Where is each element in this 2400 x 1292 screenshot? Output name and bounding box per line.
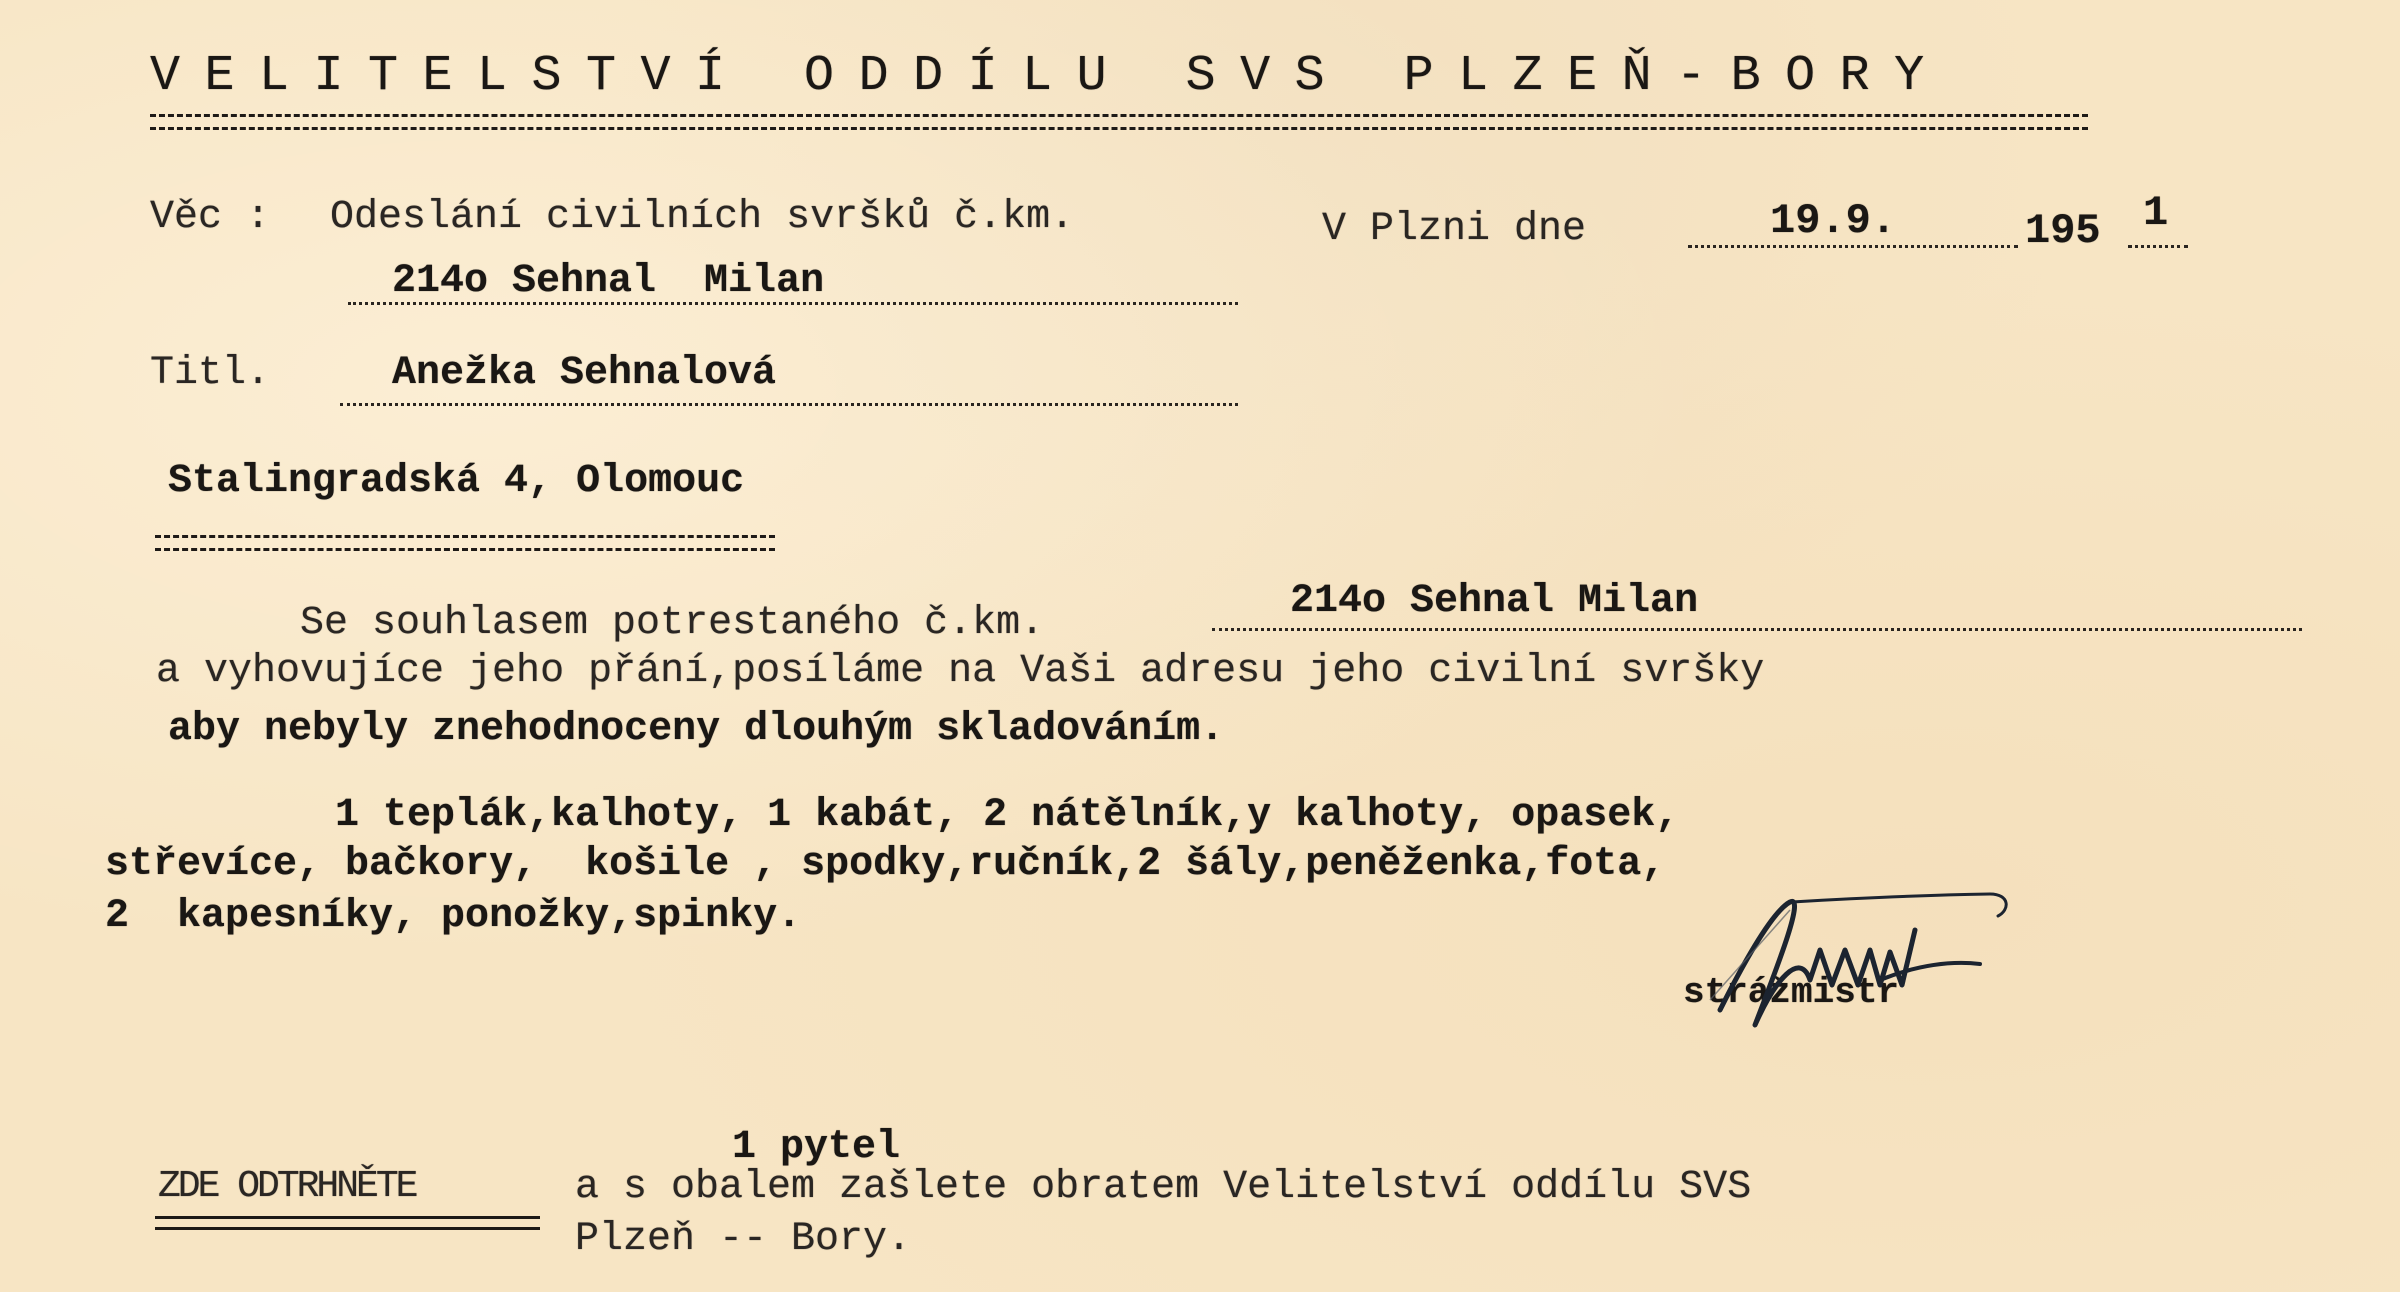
footer-line1: a s obalem zašlete obratem Velitelství o…	[575, 1168, 1751, 1208]
body-line2: a vyhovujíce jeho přání,posíláme na Vaši…	[156, 652, 1764, 692]
date-year: 195	[2025, 210, 2101, 252]
tear-here-label: ZDE ODTRHNĚTE	[158, 1168, 415, 1206]
body-line1-prisoner: 214o Sehnal Milan	[1290, 582, 1698, 622]
footer-line2: Plzeň -- Bory.	[575, 1220, 911, 1260]
date-year-suffix: 1	[2143, 192, 2168, 234]
recipient-label: Titl.	[150, 354, 270, 394]
subject-label: Věc :	[150, 198, 270, 238]
subject-dotted-line	[348, 302, 1238, 305]
items-line1: 1 teplák,kalhoty, 1 kabát, 2 nátělník,y …	[335, 796, 1679, 836]
recipient-address: Stalingradská 4, Olomouc	[168, 462, 744, 502]
footer-bag-note: 1 pytel	[732, 1128, 900, 1168]
date-day-month: 19.9.	[1770, 200, 1896, 242]
body-line1-prefix: Se souhlasem potrestaného č.km.	[300, 604, 1044, 644]
address-double-underline	[155, 535, 775, 551]
tear-here-double-underline	[155, 1216, 540, 1230]
date-dotted-line-1	[1688, 245, 2018, 248]
paper-background	[0, 0, 2400, 1292]
letterhead-double-underline	[150, 114, 2088, 130]
recipient-name: Anežka Sehnalová	[392, 354, 776, 394]
date-dotted-line-2	[2128, 245, 2188, 248]
body-line3: aby nebyly znehodnoceny dlouhým skladová…	[168, 710, 1224, 750]
letterhead-title: VELITELSTVÍ ODDÍLU SVS PLZEŇ-BORY	[150, 52, 1949, 102]
date-prefix: V Plzni dne	[1322, 210, 1586, 250]
body-dotted-line	[1212, 628, 2302, 631]
items-line2: střevíce, bačkory, košile , spodky,ruční…	[105, 845, 1665, 885]
subject-text: Odeslání civilních svršků č.km.	[330, 198, 1074, 238]
subject-prisoner: 214o Sehnal Milan	[392, 262, 824, 302]
items-line3: 2 kapesníky, ponožky,spinky.	[105, 897, 801, 937]
recipient-dotted-line	[340, 403, 1238, 406]
handwritten-signature	[1680, 890, 2040, 1040]
